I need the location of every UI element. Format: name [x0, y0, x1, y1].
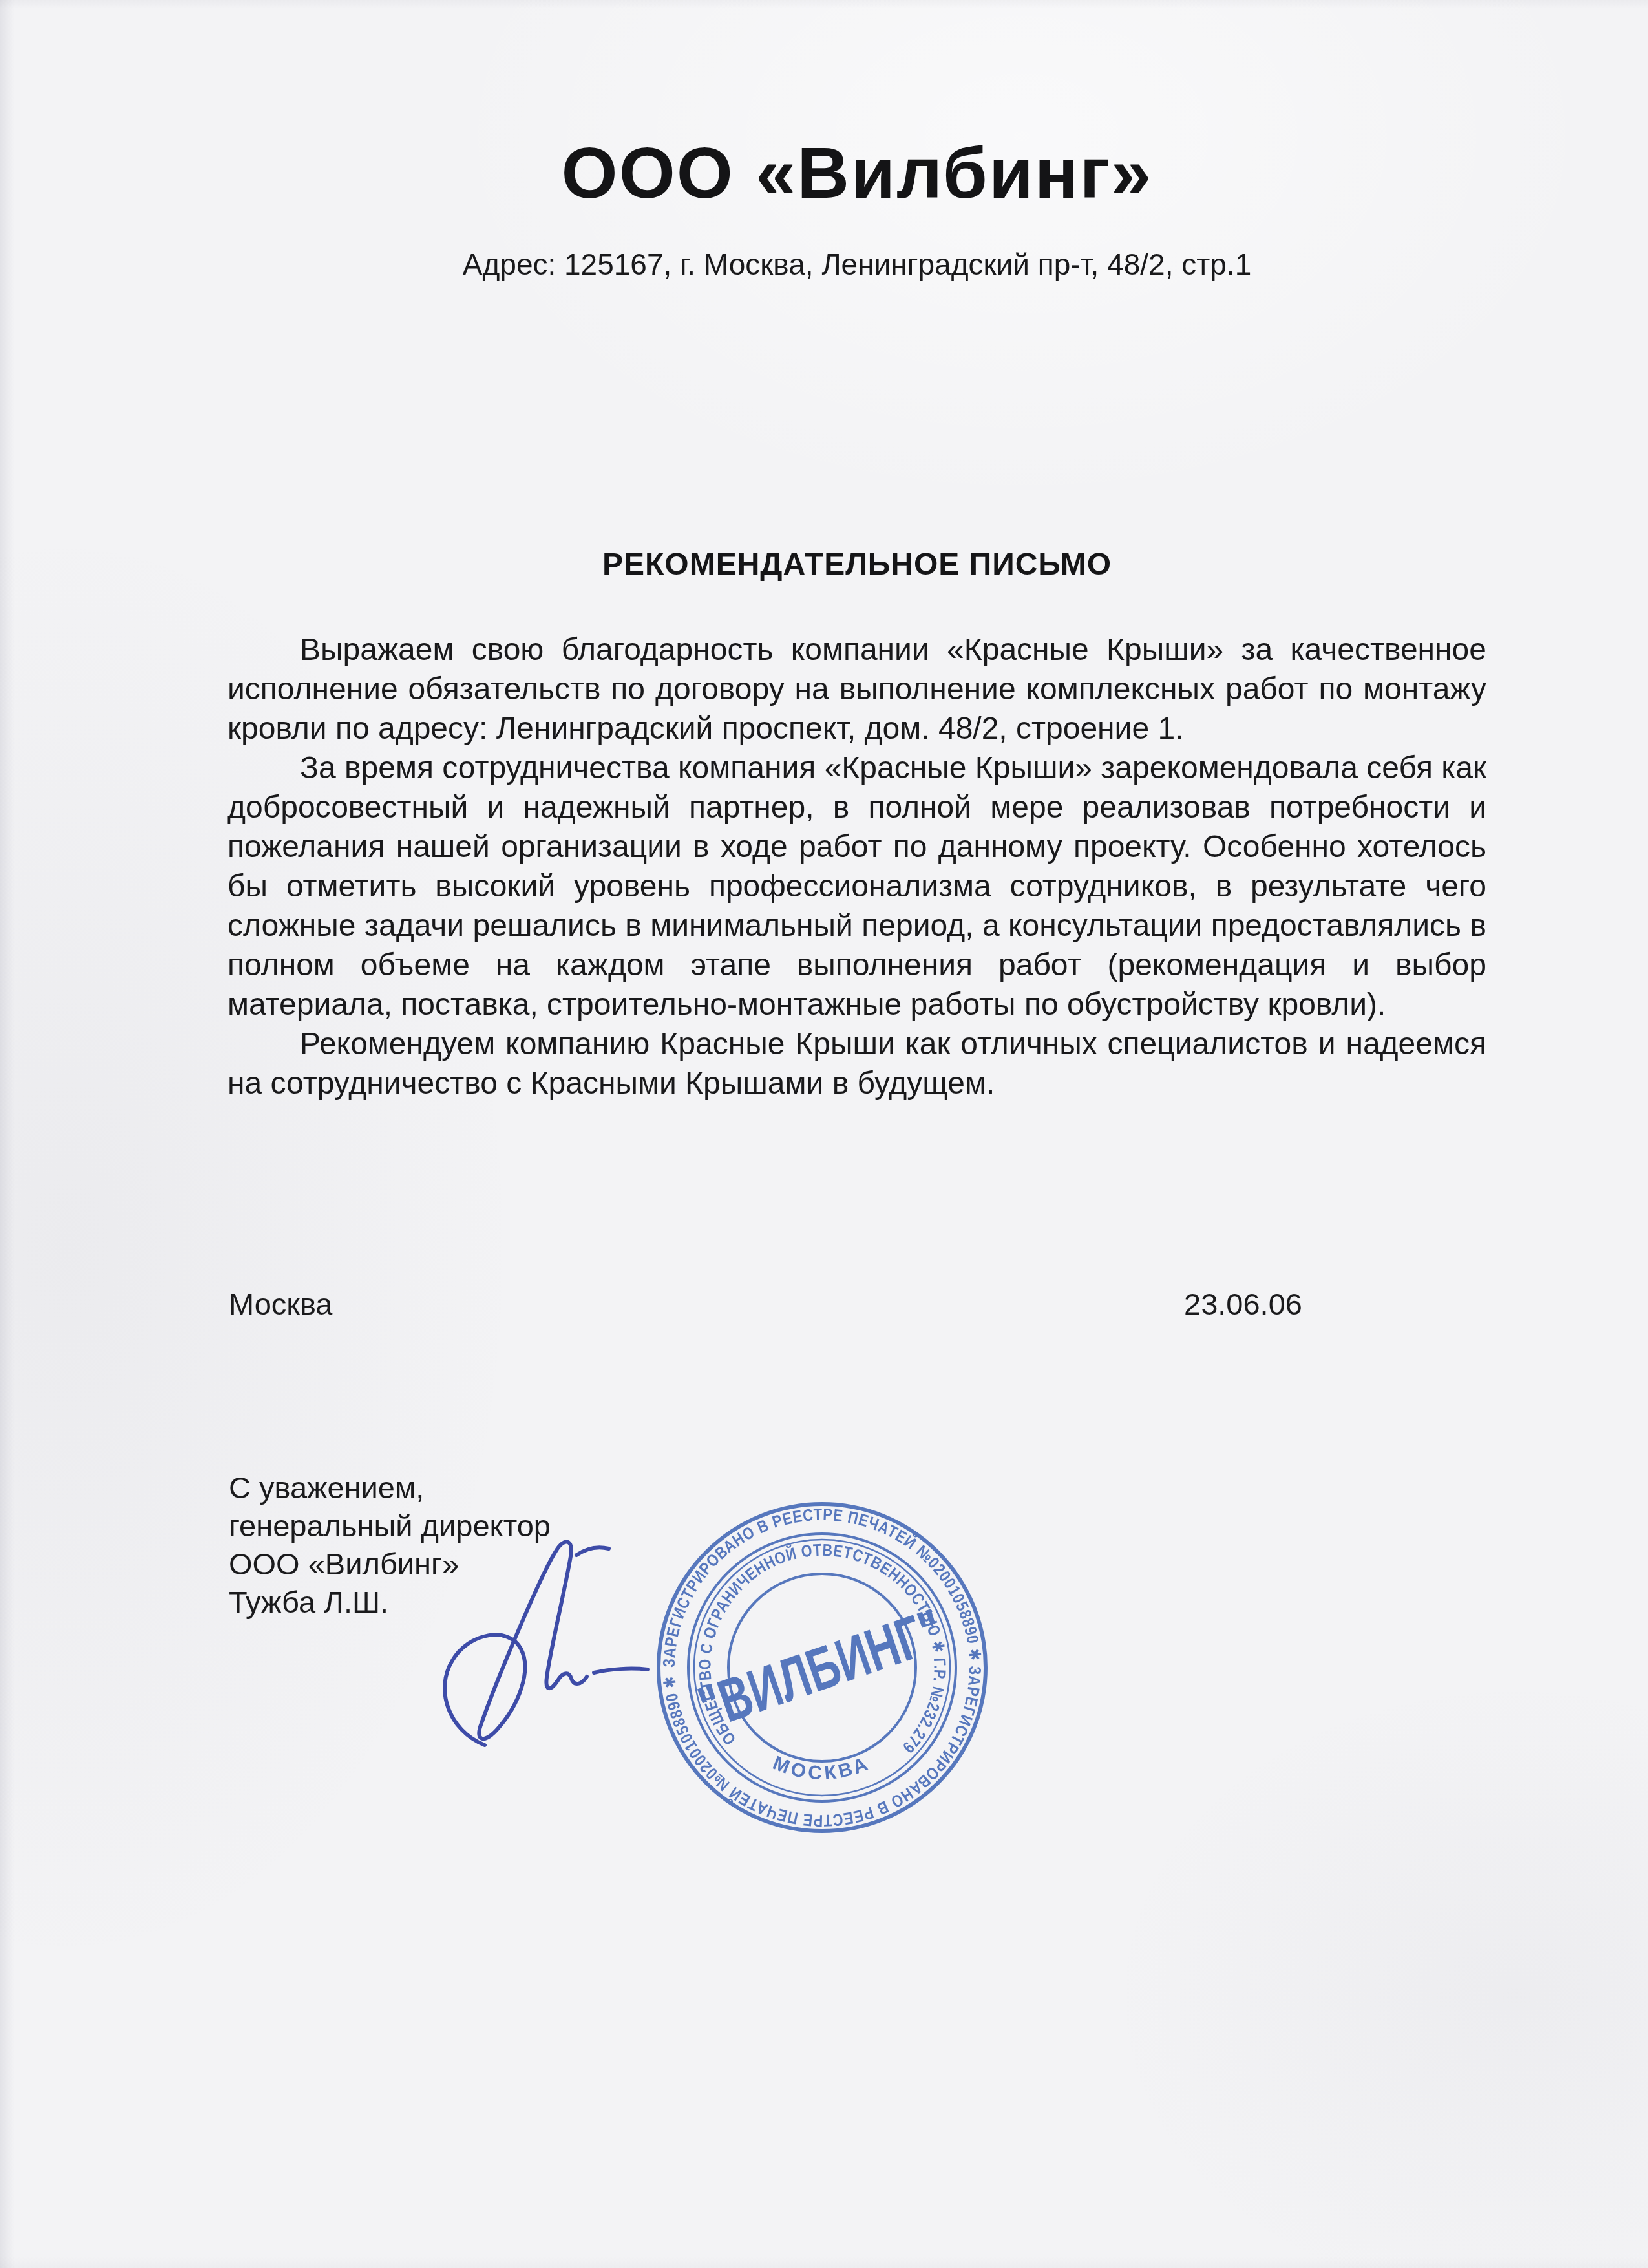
signature-stroke-main [445, 1542, 587, 1745]
city-date-row: Москва 23.06.06 [0, 1286, 1648, 1325]
city-label: Москва [229, 1286, 332, 1322]
signature-stroke-tick [576, 1547, 609, 1555]
signoff-line-regards: С уважением, [229, 1468, 551, 1507]
paragraph-1: Выражаем свою благодарность компании «Кр… [227, 630, 1486, 748]
company-name: ООО «Вилбинг» [227, 131, 1486, 215]
stamp-center-text: "ВИЛБИНГ" [690, 1596, 951, 1742]
paragraph-2: За время сотрудничества компания «Красны… [227, 748, 1486, 1024]
date-label: 23.06.06 [1184, 1286, 1302, 1322]
paragraph-3: Рекомендуем компанию Красные Крыши как о… [227, 1024, 1486, 1103]
company-address: Адрес: 125167, г. Москва, Ленинградский … [227, 247, 1486, 282]
signature-ink [423, 1516, 682, 1761]
letter-body: Выражаем свою благодарность компании «Кр… [227, 630, 1486, 1103]
scanned-letter-page: ООО «Вилбинг» Адрес: 125167, г. Москва, … [0, 0, 1648, 2268]
company-stamp: ЗАРЕГИСТРИРОВАНО В РЕЕСТРЕ ПЕЧАТЕЙ №0200… [654, 1500, 990, 1836]
signature-stroke-dash [594, 1669, 648, 1673]
letter-title: РЕКОМЕНДАТЕЛЬНОЕ ПИСЬМО [227, 547, 1486, 582]
